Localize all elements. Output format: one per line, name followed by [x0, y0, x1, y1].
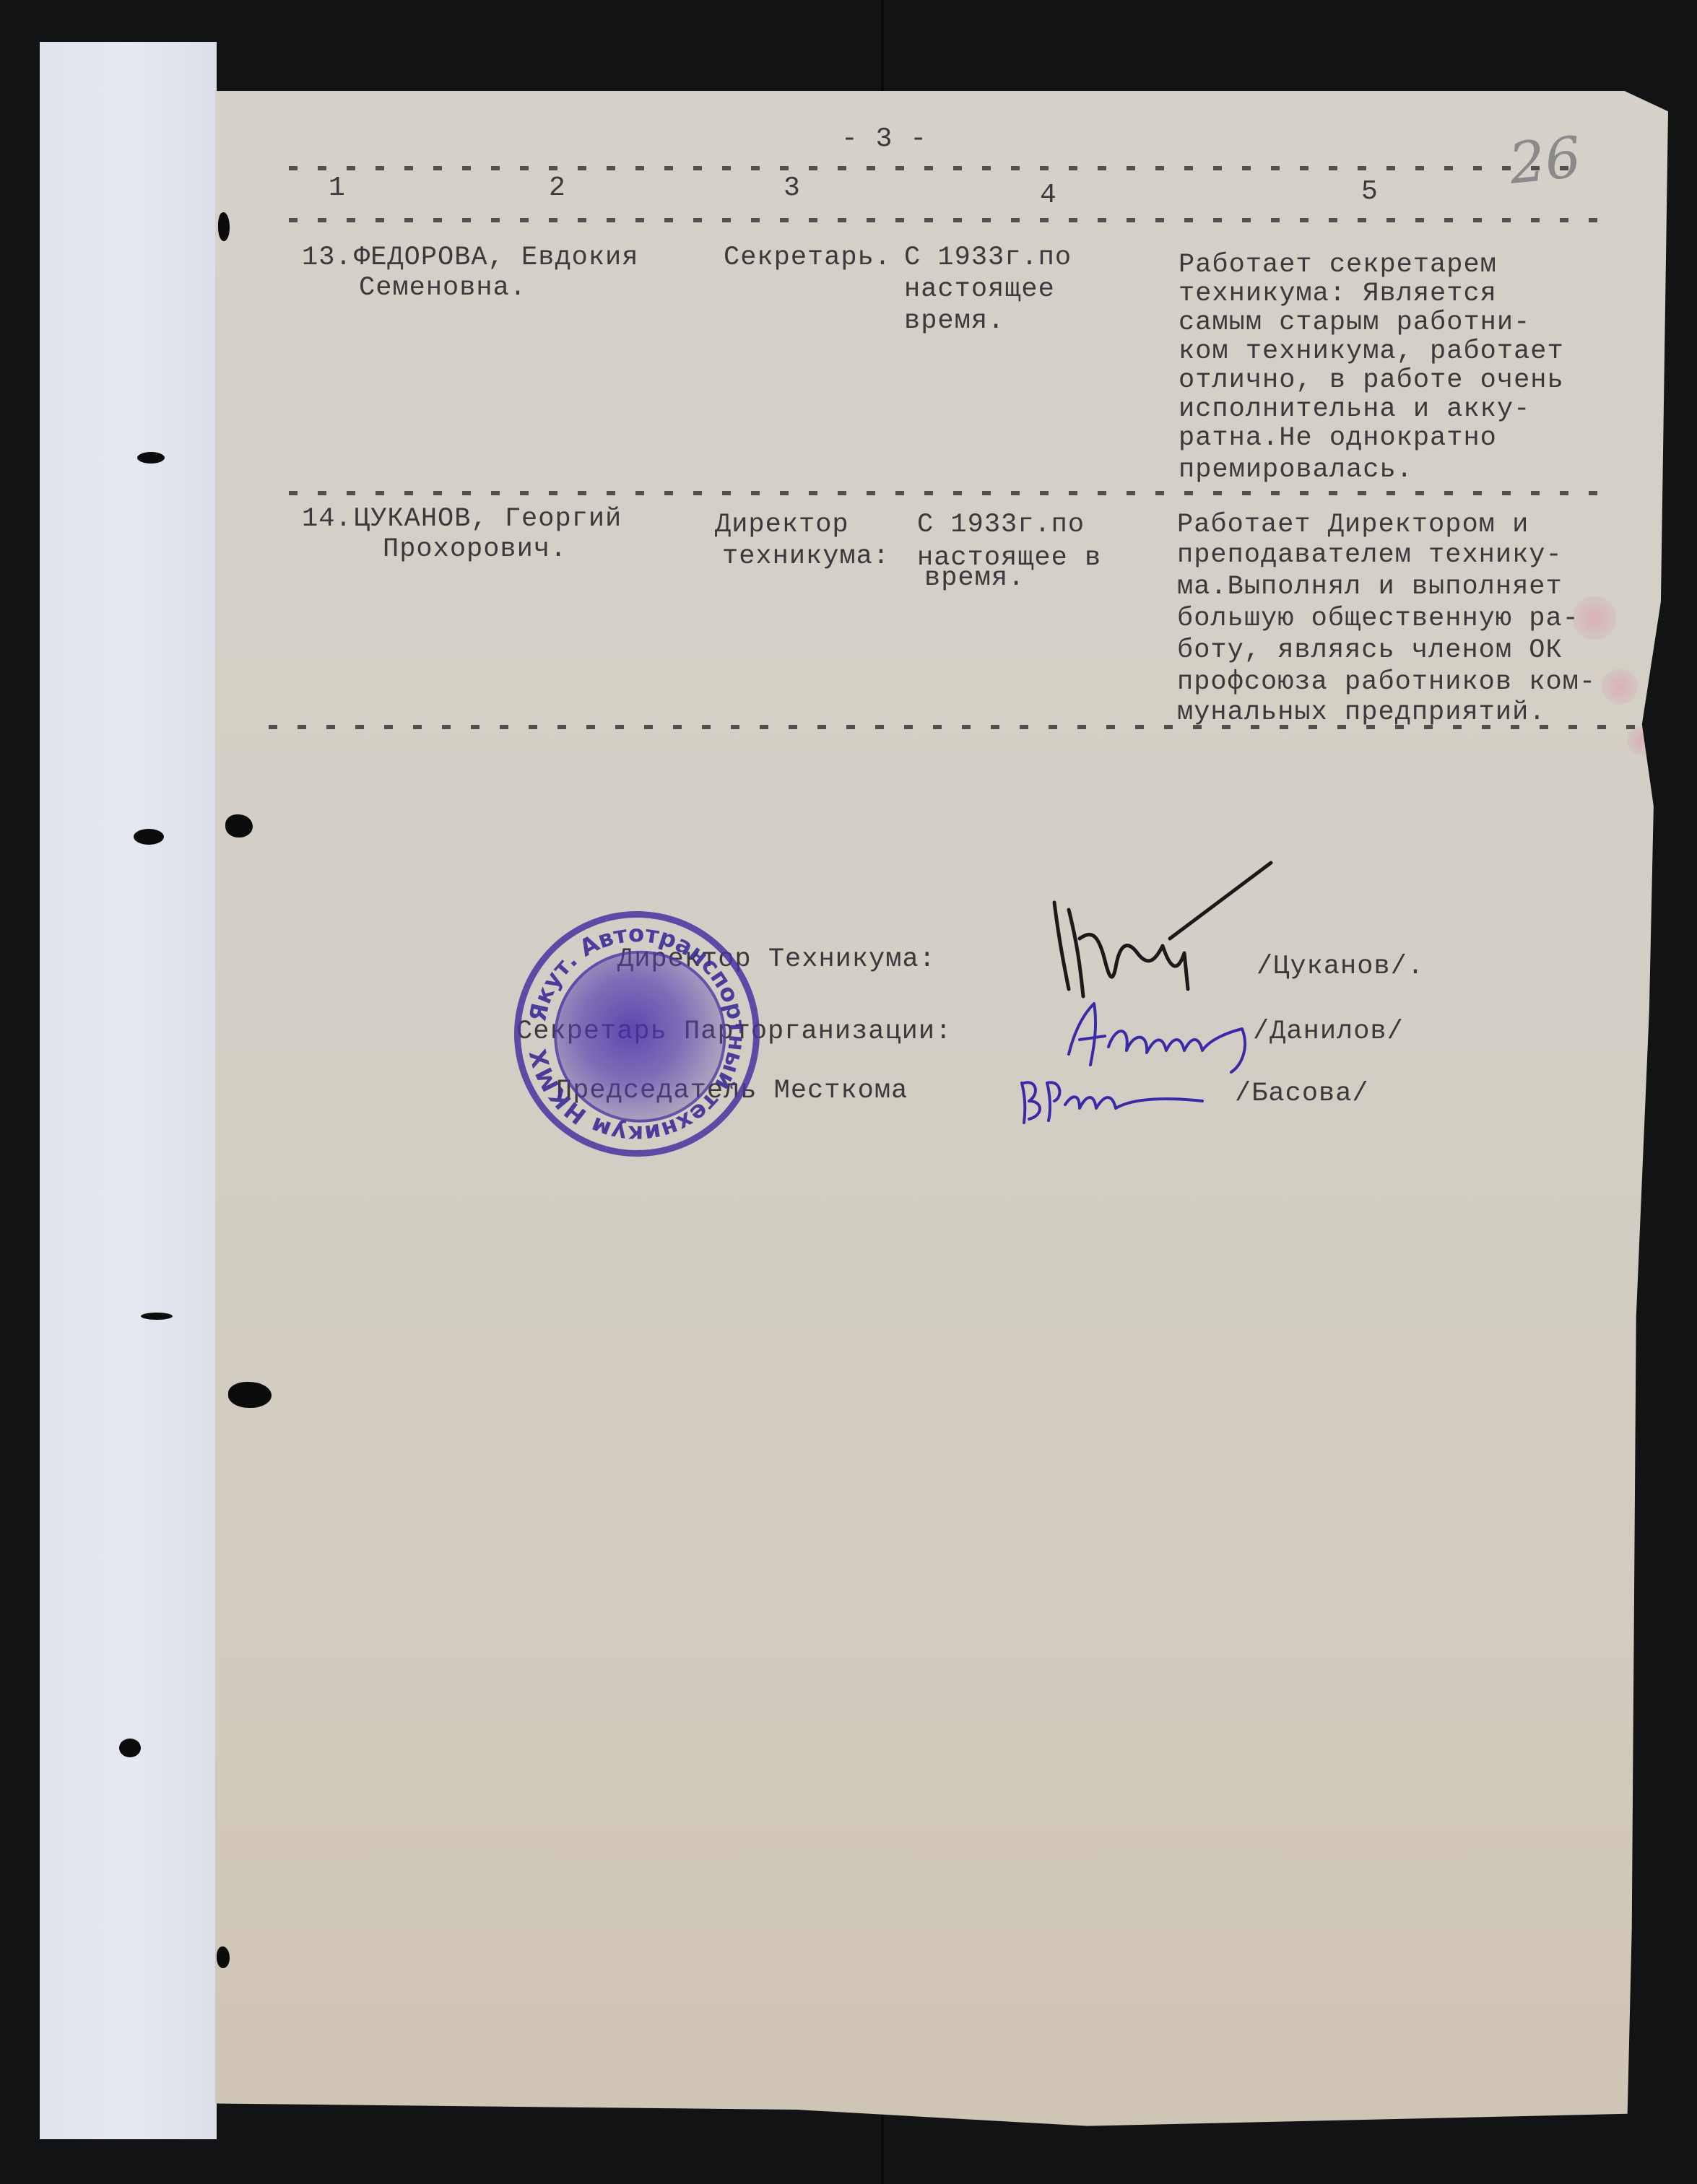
row-number: 14.	[302, 504, 352, 534]
description-line: отлично, в работе очень	[1179, 365, 1564, 396]
employee-position: Секретарь.	[724, 243, 891, 273]
table-header-top-rule	[289, 166, 1589, 170]
binding-hole-icon	[217, 1946, 230, 1968]
description-line: исполнительна и акку-	[1179, 394, 1530, 425]
employee-position-line2: техникума:	[722, 541, 890, 572]
description-line: боту, являясь членом ОК	[1177, 635, 1563, 666]
folio-number: 26	[1506, 125, 1584, 197]
description-line: Работает секретарем	[1179, 250, 1497, 280]
description-line: ратна.Не однократно	[1179, 423, 1497, 453]
archival-guard-strip	[40, 42, 217, 2139]
description-line: преподавателем технику-	[1177, 540, 1563, 570]
binding-hole-icon	[119, 1739, 141, 1757]
employee-name: ФЕДОРОВА, Евдокия	[354, 243, 638, 273]
employment-period-line3: время.	[924, 563, 1025, 593]
binding-hole-icon	[225, 814, 253, 838]
column-number-2: 2	[549, 173, 566, 204]
employee-name: ЦУКАНОВ, Георгий	[354, 504, 622, 534]
description-line: мунальных предприятий.	[1177, 697, 1545, 728]
column-number-5: 5	[1361, 177, 1379, 207]
employee-patronymic: Семеновна.	[359, 273, 526, 303]
column-number-4: 4	[1040, 180, 1057, 211]
binding-hole-icon	[134, 829, 164, 845]
description-line: Работает Директором и	[1177, 510, 1529, 540]
employment-period-line1: С 1933г.по	[917, 510, 1085, 540]
binding-hole-icon	[228, 1382, 272, 1408]
employment-period-line2: настоящее	[904, 274, 1055, 305]
row-separator	[289, 491, 1603, 495]
signature-local-committee	[1011, 1061, 1213, 1126]
description-line: профсоюза работников ком-	[1177, 667, 1596, 697]
binding-hole-icon	[218, 212, 230, 241]
employee-patronymic: Прохорович.	[383, 534, 567, 565]
description-line: самым старым работни-	[1179, 308, 1530, 338]
ink-smudge	[1573, 596, 1616, 640]
table-header-bottom-rule	[289, 218, 1603, 222]
column-number-3: 3	[784, 173, 801, 204]
description-line: большую общественную ра-	[1177, 604, 1579, 634]
description-line: премировалась.	[1179, 455, 1413, 485]
description-line: ма.Выполнял и выполняет	[1177, 572, 1563, 602]
scan-background: - 3 - 26 1 2 3 4 5 13. ФЕДОРОВА, Евдокия…	[0, 0, 1697, 2184]
page-number: - 3 -	[841, 124, 927, 155]
signature-director	[1040, 859, 1285, 1018]
ink-smudge	[1602, 669, 1638, 705]
official-stamp: Якут. Автотранспортный техникум НКМХ ЯАС…	[506, 903, 768, 1165]
employment-period-line3: время.	[904, 306, 1004, 336]
binding-hole-icon	[137, 452, 165, 464]
stamp-circular-text: Якут. Автотранспортный техникум НКМХ ЯАС…	[513, 910, 761, 1158]
employee-position: Директор	[715, 510, 849, 540]
table-bottom-rule	[269, 725, 1641, 729]
description-line: техникума: Является	[1179, 279, 1497, 309]
svg-text:Якут. Автотранспортный технику: Якут. Автотранспортный техникум НКМХ ЯАС…	[513, 910, 758, 1157]
binding-hole-icon	[141, 1313, 173, 1320]
row-number: 13.	[302, 243, 352, 273]
description-line: ком техникума, работает	[1179, 336, 1564, 367]
ink-smudge	[1627, 726, 1656, 755]
signatory-name-local-committee: /Басова/	[1235, 1079, 1369, 1109]
column-number-1: 1	[329, 173, 346, 204]
employment-period-line1: С 1933г.по	[904, 243, 1072, 273]
